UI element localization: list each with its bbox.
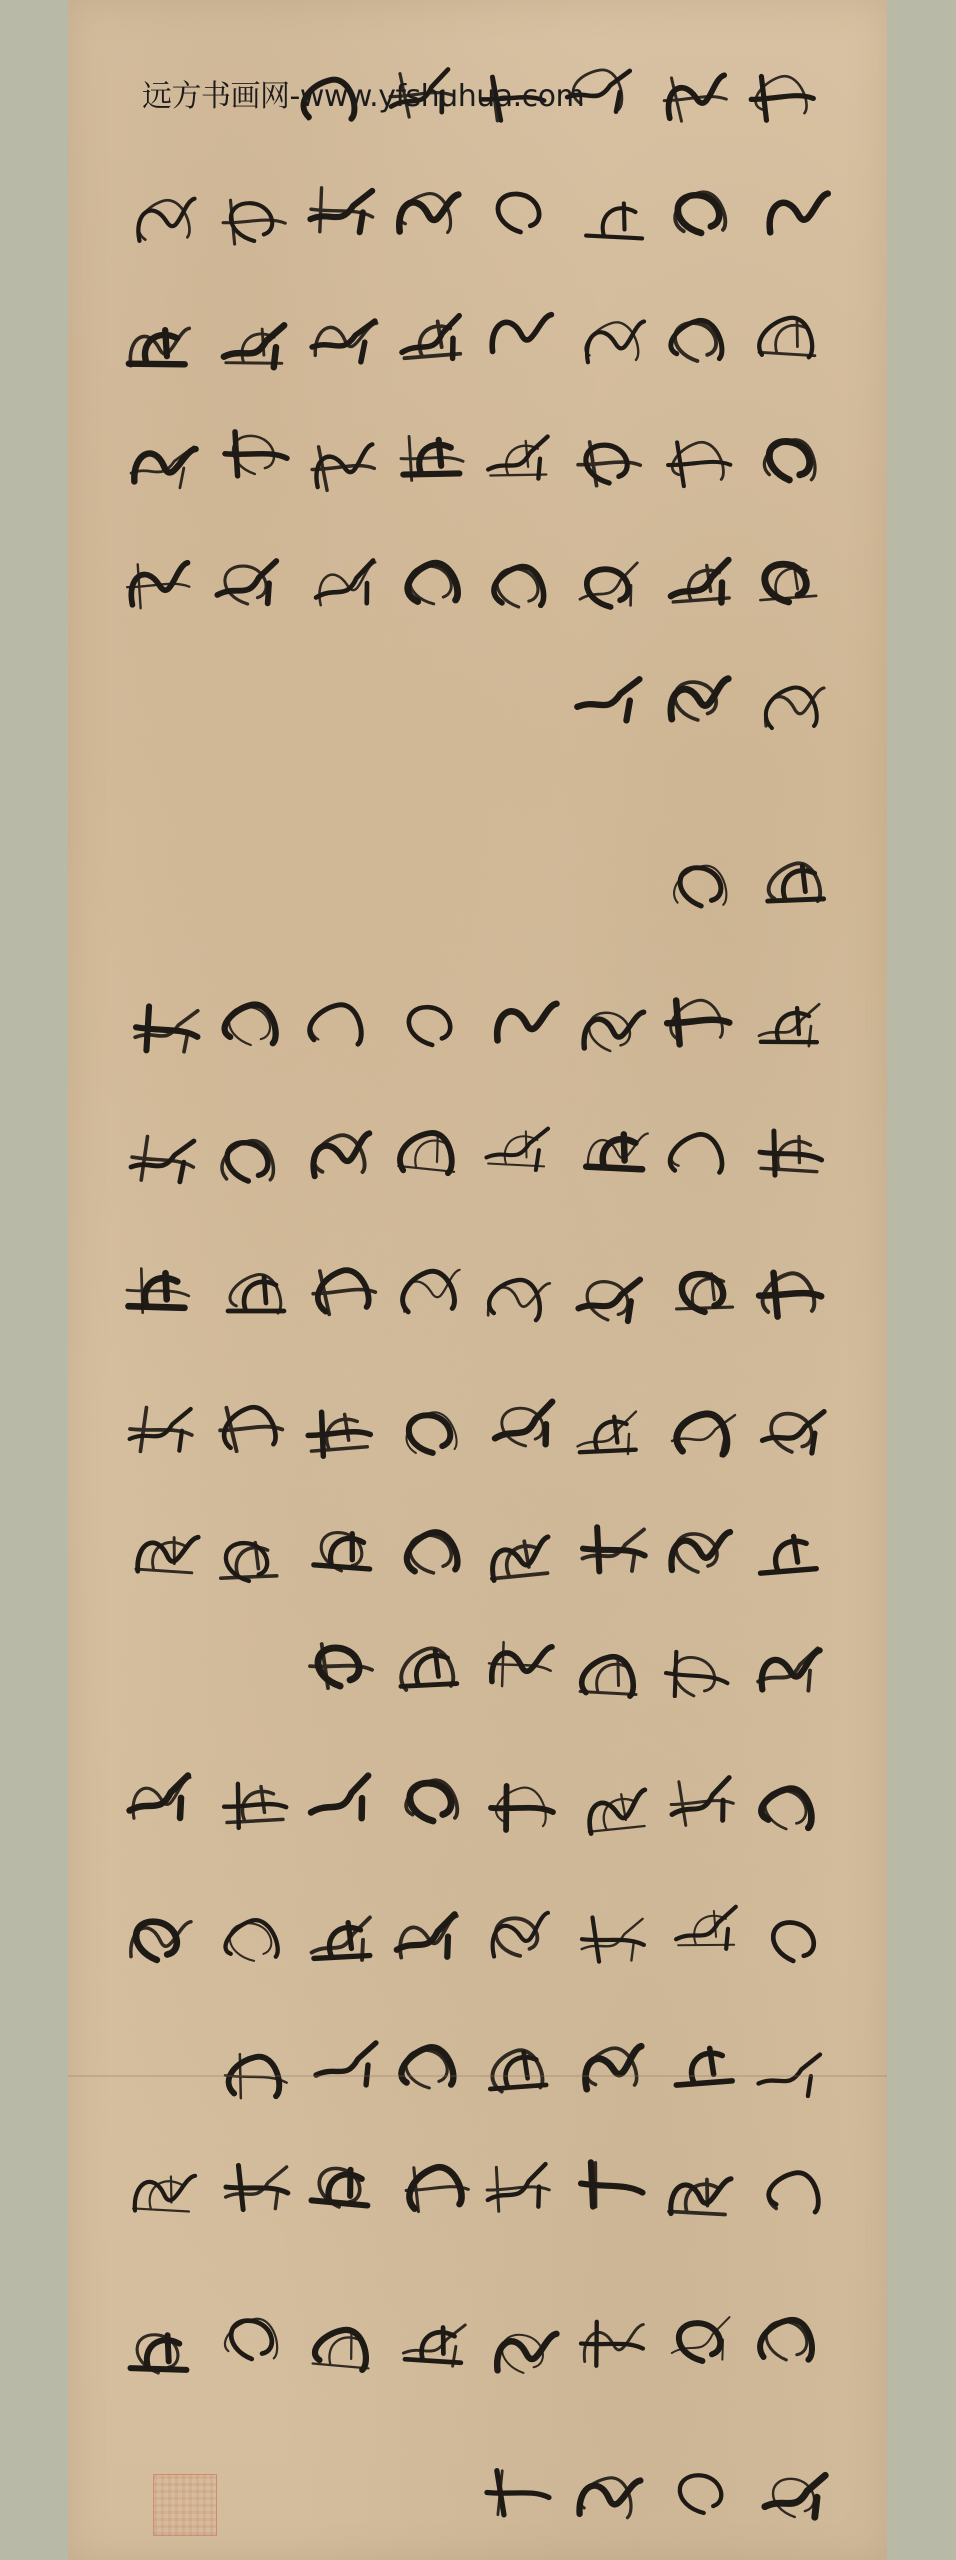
calligraphy-glyph (476, 1115, 559, 1181)
calligraphy-glyph (753, 1906, 838, 1974)
calligraphy-glyph (657, 308, 738, 371)
calligraphy-glyph (659, 1767, 744, 1835)
calligraphy-glyph (567, 1643, 650, 1709)
calligraphy-glyph (296, 1398, 381, 1466)
calligraphy-glyph (745, 547, 830, 615)
calligraphy-glyph (114, 551, 198, 619)
calligraphy-glyph (386, 1258, 470, 1325)
calligraphy-glyph (211, 993, 292, 1056)
calligraphy-glyph (477, 1630, 560, 1696)
calligraphy-glyph (390, 549, 475, 618)
calligraphy-glyph (746, 304, 830, 371)
calligraphy-glyph (306, 2033, 386, 2095)
calligraphy-glyph (755, 2464, 836, 2527)
calligraphy-glyph (666, 1897, 747, 1960)
calligraphy-glyph (216, 1263, 296, 1325)
calligraphy-glyph (212, 1771, 295, 1837)
calligraphy-glyph (207, 1393, 292, 1461)
calligraphy-paper (68, 0, 887, 2560)
calligraphy-glyph (570, 2312, 651, 2375)
calligraphy-glyph (483, 2320, 565, 2384)
calligraphy-glyph (570, 998, 652, 1063)
calligraphy-glyph (739, 62, 824, 130)
calligraphy-glyph (211, 187, 294, 253)
calligraphy-glyph (569, 2151, 654, 2219)
calligraphy-glyph (566, 429, 649, 495)
calligraphy-glyph (755, 181, 836, 244)
calligraphy-glyph (653, 1640, 739, 1710)
red-seal-stamp (153, 2474, 217, 2536)
calligraphy-glyph (567, 1266, 650, 1332)
calligraphy-glyph (571, 1907, 653, 1971)
calligraphy-glyph (752, 676, 832, 738)
calligraphy-glyph (386, 2034, 470, 2101)
calligraphy-glyph (120, 431, 205, 500)
calligraphy-glyph (123, 1520, 207, 1587)
calligraphy-glyph (566, 664, 650, 732)
calligraphy-glyph (748, 1260, 831, 1326)
calligraphy-glyph (475, 2036, 559, 2104)
site-watermark: 远方书画网-www.yfshuhua.com (142, 82, 584, 112)
calligraphy-glyph (748, 1120, 832, 1187)
calligraphy-glyph (656, 667, 738, 732)
calligraphy-glyph (660, 1398, 746, 1468)
calligraphy-glyph (215, 2154, 297, 2218)
calligraphy-glyph (751, 1398, 834, 1464)
calligraphy-glyph (657, 549, 741, 617)
calligraphy-glyph (122, 186, 206, 254)
calligraphy-glyph (119, 1124, 205, 1194)
calligraphy-glyph (568, 2034, 653, 2103)
calligraphy-glyph (298, 2151, 383, 2220)
calligraphy-glyph (299, 176, 383, 243)
calligraphy-glyph (482, 1391, 567, 1459)
calligraphy-glyph (300, 305, 386, 375)
calligraphy-glyph (659, 2306, 743, 2373)
calligraphy-glyph (483, 990, 564, 1054)
calligraphy-glyph (744, 1520, 829, 1588)
calligraphy-glyph (207, 1527, 290, 1592)
calligraphy-glyph (571, 1516, 654, 1582)
calligraphy-glyph (387, 1635, 470, 1701)
calligraphy-glyph (661, 853, 743, 918)
calligraphy-glyph (301, 1516, 385, 1584)
calligraphy-glyph (477, 2460, 558, 2523)
calligraphy-glyph (299, 431, 384, 499)
calligraphy-glyph (651, 63, 736, 132)
calligraphy-glyph (118, 1765, 201, 1831)
calligraphy-glyph (302, 550, 387, 619)
calligraphy-glyph (391, 1767, 474, 1833)
calligraphy-glyph (572, 1777, 658, 1847)
calligraphy-glyph (754, 851, 836, 916)
calligraphy-glyph (565, 1401, 648, 1467)
calligraphy-glyph (473, 1264, 559, 1334)
calligraphy-glyph (116, 1906, 199, 1972)
calligraphy-glyph (752, 2159, 835, 2225)
calligraphy-glyph (118, 2320, 200, 2385)
calligraphy-glyph (747, 1638, 828, 1701)
calligraphy-glyph (119, 1396, 201, 1461)
calligraphy-glyph (211, 2305, 295, 2372)
calligraphy-glyph (386, 181, 467, 244)
calligraphy-glyph (658, 1520, 738, 1582)
calligraphy-glyph (393, 2153, 478, 2221)
calligraphy-glyph (661, 2032, 745, 2100)
calligraphy-glyph (389, 1398, 474, 1467)
calligraphy-glyph (655, 429, 739, 496)
calligraphy-glyph (123, 995, 208, 1064)
calligraphy-glyph (656, 2163, 739, 2229)
calligraphy-glyph (663, 1259, 745, 1324)
calligraphy-glyph (659, 179, 742, 245)
calligraphy-glyph (390, 425, 471, 489)
calligraphy-glyph (745, 2305, 830, 2373)
calligraphy-glyph (298, 1765, 383, 1833)
calligraphy-glyph (655, 986, 739, 1054)
calligraphy-glyph (300, 1256, 385, 1325)
calligraphy-glyph (295, 991, 378, 1057)
calligraphy-glyph (116, 315, 197, 378)
calligraphy-glyph (749, 425, 834, 493)
calligraphy-glyph (389, 305, 474, 373)
calligraphy-glyph (300, 1634, 380, 1696)
calligraphy-glyph (300, 1907, 383, 1973)
calligraphy-glyph (746, 1776, 828, 1841)
calligraphy-glyph (475, 1900, 561, 1970)
calligraphy-glyph (475, 2153, 559, 2220)
calligraphy-glyph (748, 994, 828, 1057)
calligraphy-glyph (574, 187, 657, 253)
mount-border-left (0, 0, 68, 2560)
calligraphy-glyph (296, 1120, 381, 1189)
calligraphy-glyph (385, 1117, 471, 1187)
calligraphy-glyph (660, 2457, 745, 2525)
calligraphy-glyph (214, 314, 295, 377)
calligraphy-glyph (390, 1518, 474, 1586)
calligraphy-glyph (208, 1128, 290, 1193)
calligraphy-glyph (479, 554, 560, 617)
calligraphy-glyph (656, 1122, 738, 1186)
calligraphy-glyph (481, 1776, 561, 1838)
calligraphy-glyph (209, 1905, 295, 1975)
calligraphy-glyph (479, 179, 560, 243)
calligraphy-glyph (214, 422, 294, 485)
calligraphy-glyph (206, 551, 288, 616)
calligraphy-glyph (574, 1119, 657, 1185)
calligraphy-glyph (475, 1524, 561, 1594)
calligraphy-glyph (385, 1904, 469, 1971)
calligraphy-glyph (120, 2160, 203, 2226)
paper-seam (68, 2075, 887, 2077)
calligraphy-glyph (478, 302, 559, 366)
calligraphy-glyph (300, 2314, 385, 2383)
calligraphy-glyph (564, 2463, 649, 2531)
calligraphy-glyph (389, 991, 472, 1058)
calligraphy-glyph (572, 309, 655, 375)
calligraphy-glyph (116, 1258, 198, 1322)
calligraphy-glyph (477, 426, 558, 489)
mount-border-right (887, 0, 956, 2560)
calligraphy-glyph (566, 552, 651, 620)
calligraphy-glyph (392, 2310, 476, 2377)
